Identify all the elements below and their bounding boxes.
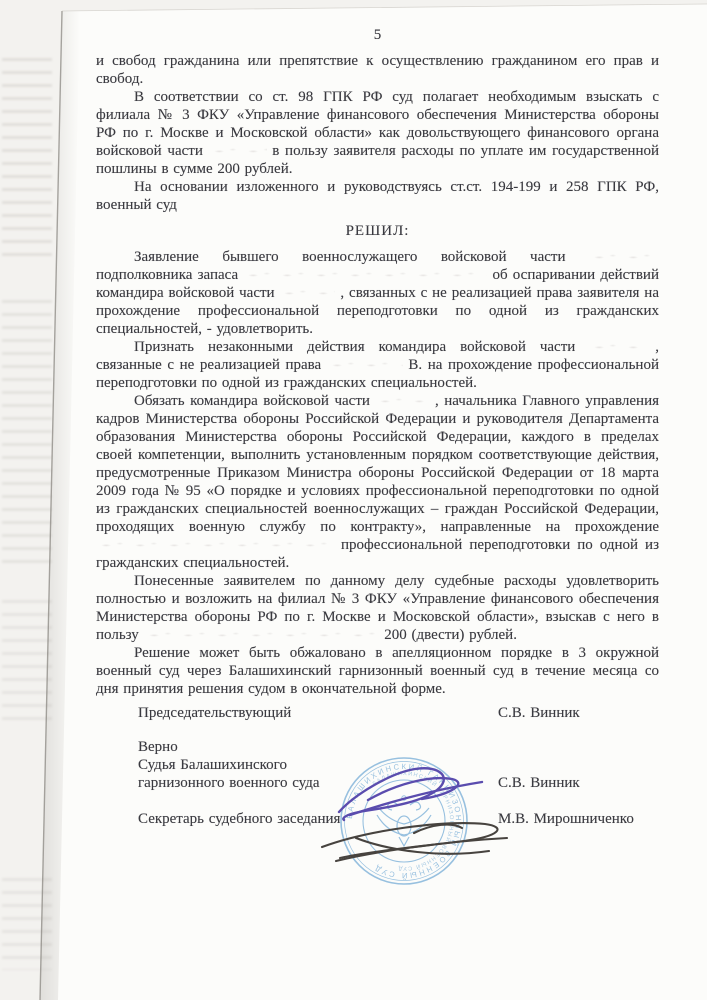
bleed-fragment: [2, 600, 52, 730]
decision-heading: РЕШИЛ:: [96, 222, 659, 240]
scanned-court-decision-page: 5 и свобод гражданина или препятствие к …: [0, 0, 707, 1000]
signature-name: М.В. Мирошниченко: [498, 810, 634, 828]
paragraph: Обязать командира войсковой части , нача…: [96, 392, 659, 572]
signature-role-label: Секретарь судебного заседания: [138, 811, 340, 827]
signature-role-label: Верно: [138, 739, 178, 755]
redaction-gap: [375, 396, 429, 405]
redaction-gap: [279, 288, 335, 297]
signature-role-label: гарнизонного военного суда: [138, 775, 320, 791]
signature-name: С.В. Винник: [498, 774, 580, 792]
signature-role-label: Судья Балашихинского: [138, 757, 287, 773]
signature-row: гарнизонного военного судаС.В. Винник: [96, 774, 659, 792]
redaction-gap: [589, 342, 641, 351]
signature-role-label: Председательствующий: [138, 705, 291, 721]
signature-row: Судья Балашихинского: [96, 756, 659, 774]
paragraph: Решение может быть обжаловано в апелляци…: [96, 644, 659, 698]
paragraph: и свобод гражданина или препятствие к ос…: [96, 52, 659, 88]
redaction-gap: [209, 146, 267, 155]
redaction-gap: [96, 540, 334, 549]
page-number: 5: [96, 26, 659, 44]
paragraph: Понесенные заявителем по данному делу су…: [96, 572, 659, 644]
redaction-gap: [144, 630, 380, 639]
redaction-gap: [327, 360, 403, 369]
redaction-gap: [589, 252, 659, 261]
paragraph: На основании изложенного и руководствуяс…: [96, 178, 659, 214]
redaction-gap: [243, 270, 487, 279]
bleed-fragment: [2, 878, 52, 970]
signature-row: ПредседательствующийС.В. Винник: [96, 704, 659, 722]
bleed-fragment: [2, 300, 52, 565]
signature-row: Верно: [96, 738, 659, 756]
signature-row: Секретарь судебного заседанияМ.В. Мирошн…: [96, 810, 659, 828]
bleed-fragment: [2, 58, 52, 258]
paragraph: Признать незаконными действия командира …: [96, 338, 659, 392]
bleed-through-artifact: [0, 0, 64, 1000]
signature-name: С.В. Винник: [498, 704, 580, 722]
paragraph: Заявление бывшего военнослужащего войско…: [96, 248, 659, 338]
paragraph: В соответствии со ст. 98 ГПК РФ суд пола…: [96, 88, 659, 178]
document-body: 5 и свобод гражданина или препятствие к …: [60, 0, 707, 828]
